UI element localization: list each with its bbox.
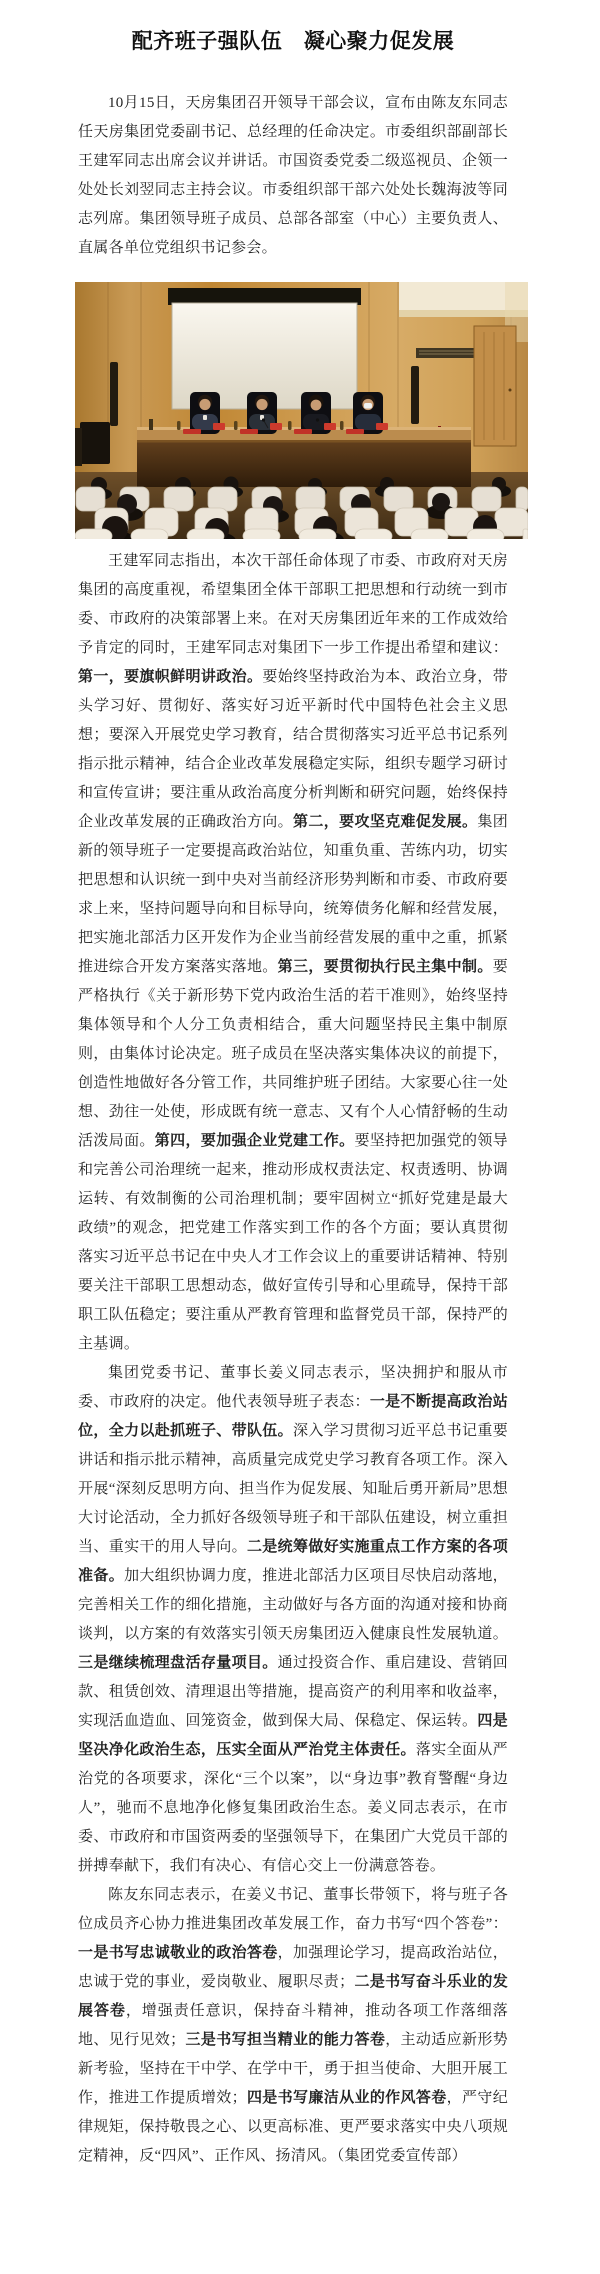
projection-screen xyxy=(168,288,361,409)
article-paragraph-3: 集团党委书记、董事长姜义同志表示，坚决拥护和服从市委、市政府的决定。他代表领导班… xyxy=(78,1359,508,1881)
article-paragraph-1: 10月15日，天房集团召开领导干部会议，宣布由陈友东同志任天房集团党委副书记、总… xyxy=(78,89,508,263)
article-title: 配齐班子强队伍 凝心聚力促发展 xyxy=(78,0,508,56)
article-page: 配齐班子强队伍 凝心聚力促发展 10月15日，天房集团召开领导干部会议，宣布由陈… xyxy=(0,0,600,2274)
head-table xyxy=(137,427,471,487)
article-paragraph-4: 陈友东同志表示，在姜义书记、董事长带领下，将与班子各位成员齐心协力推进集团改革发… xyxy=(78,1881,508,2171)
meeting-photo-illustration xyxy=(75,282,528,539)
door xyxy=(474,326,516,446)
article-body: 10月15日，天房集团召开领导干部会议，宣布由陈友东同志任天房集团党委副书记、总… xyxy=(78,89,508,2171)
article-paragraph-2: 王建军同志指出，本次干部任命体现了市委、市政府对天房集团的高度重视，希望集团全体… xyxy=(78,547,508,1359)
meeting-photo xyxy=(75,282,528,539)
